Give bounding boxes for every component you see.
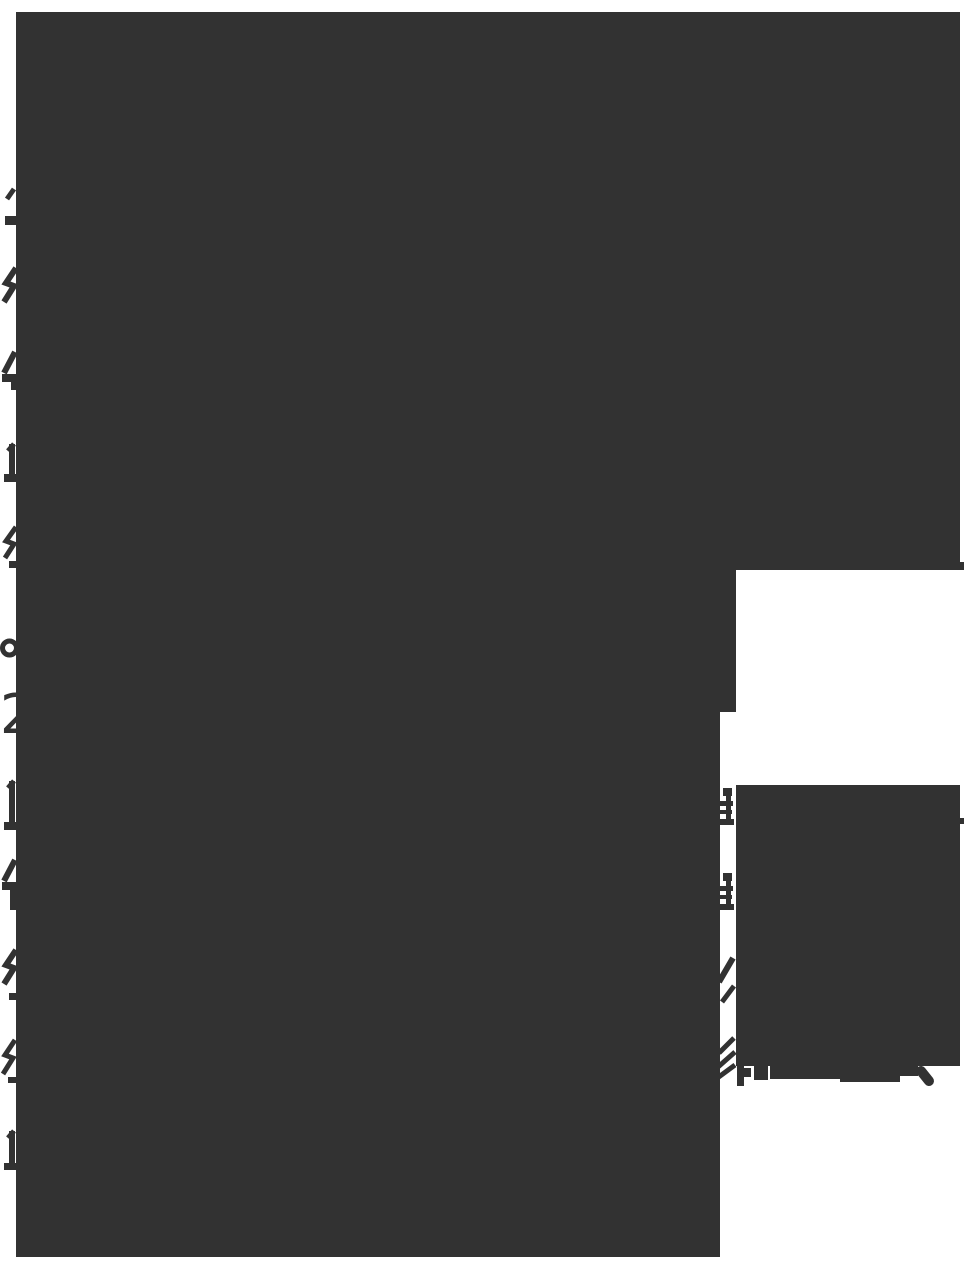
glyph-fragment-left-11 [3,1040,17,1083]
text-mass-left-lower [16,712,720,1257]
text-mass-top-full-width [16,12,960,570]
document-page: 2 [0,0,964,1283]
text-mass-right-column [736,785,960,1066]
glyph-fragment-full-stop [3,641,17,655]
glyph-fragment-bottom-strip [737,1064,929,1086]
glyph-fragment-left-12 [4,1131,16,1170]
text-mass-left-upper [16,570,736,712]
glyph-fragment-left-8 [4,781,16,830]
glyph-fragment-left-4 [4,444,16,482]
glyph-fragment-left-2 [4,268,16,302]
glyph-fragment-lineend-3 [719,958,734,1002]
